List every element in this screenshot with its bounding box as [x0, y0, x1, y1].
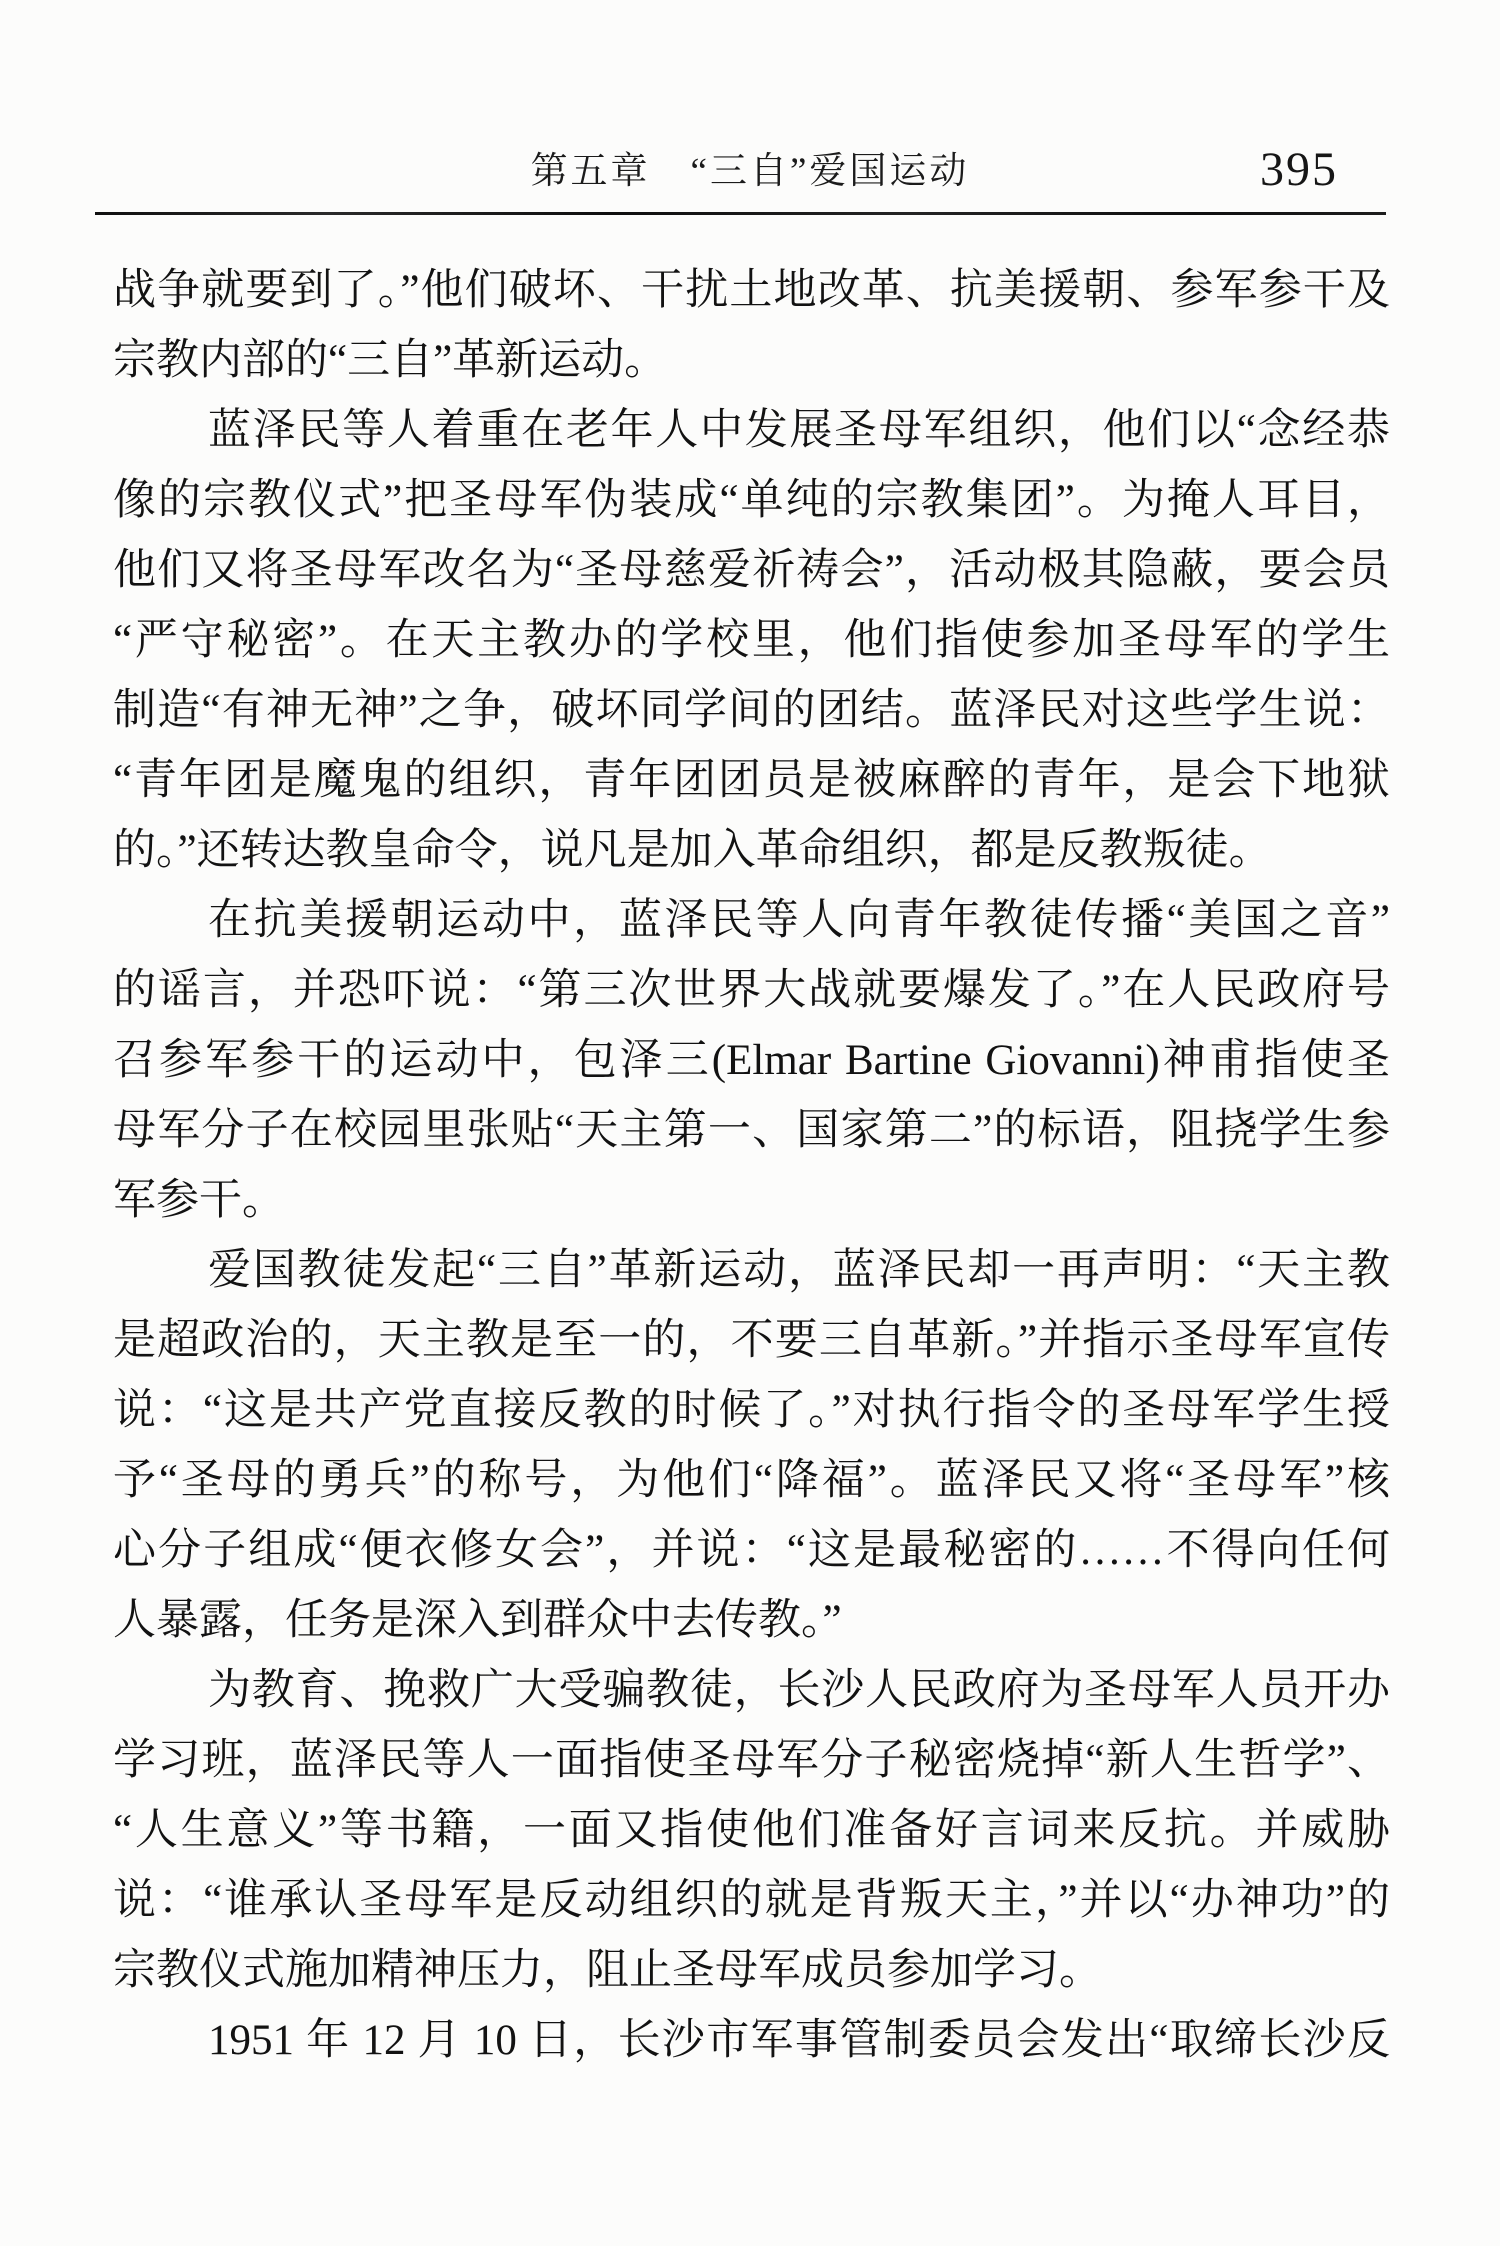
text-line: 召参军参干的运动中，包泽三(Elmar Bartine Giovanni)神甫指…: [113, 1026, 1390, 1096]
text-line: 母军分子在校园里张贴“天主第一、国家第二”的标语，阻挠学生参: [113, 1096, 1390, 1166]
text-line: “严守秘密”。在天主教办的学校里，他们指使参加圣母军的学生: [113, 606, 1390, 676]
text-line: 的。”还转达教皇命令，说凡是加入革命组织，都是反教叛徒。: [113, 816, 1390, 886]
text-line: 他们又将圣母军改名为“圣母慈爱祈祷会”，活动极其隐蔽，要会员: [113, 536, 1390, 606]
text-line: 像的宗教仪式”把圣母军伪装成“单纯的宗教集团”。为掩人耳目，: [113, 466, 1390, 536]
text-line: 说：“谁承认圣母军是反动组织的就是背叛天主，”并以“办神功”的: [113, 1866, 1390, 1936]
header-rule: [95, 212, 1386, 215]
text-line: 宗教内部的“三自”革新运动。: [113, 326, 1390, 396]
text-line: 在抗美援朝运动中，蓝泽民等人向青年教徒传播“美国之音”: [113, 886, 1390, 956]
text-line: 说：“这是共产党直接反教的时候了。”对执行指令的圣母军学生授: [113, 1376, 1390, 1446]
text-line: “人生意义”等书籍，一面又指使他们准备好言词来反抗。并威胁: [113, 1796, 1390, 1866]
text-line: 为教育、挽救广大受骗教徒，长沙人民政府为圣母军人员开办: [113, 1656, 1390, 1726]
text-line: 的谣言，并恐吓说：“第三次世界大战就要爆发了。”在人民政府号: [113, 956, 1390, 1026]
text-line: 蓝泽民等人着重在老年人中发展圣母军组织，他们以“念经恭: [113, 396, 1390, 466]
text-line: 1951 年 12 月 10 日，长沙市军事管制委员会发出“取缔长沙反: [113, 2006, 1390, 2076]
text-line: 爱国教徒发起“三自”革新运动，蓝泽民却一再声明：“天主教: [113, 1236, 1390, 1306]
text-line: 军参干。: [113, 1166, 1390, 1236]
book-page: 第五章 “三自”爱国运动 395 战争就要到了。”他们破坏、干扰土地改革、抗美援…: [0, 0, 1500, 2246]
text-line: “青年团是魔鬼的组织，青年团团员是被麻醉的青年，是会下地狱: [113, 746, 1390, 816]
text-line: 学习班，蓝泽民等人一面指使圣母军分子秘密烧掉“新人生哲学”、: [113, 1726, 1390, 1796]
text-line: 制造“有神无神”之争，破坏同学间的团结。蓝泽民对这些学生说：: [113, 676, 1390, 746]
text-line: 心分子组成“便衣修女会”，并说：“这是最秘密的……不得向任何: [113, 1516, 1390, 1586]
text-line: 予“圣母的勇兵”的称号，为他们“降福”。蓝泽民又将“圣母军”核: [113, 1446, 1390, 1516]
text-line: 宗教仪式施加精神压力，阻止圣母军成员参加学习。: [113, 1936, 1390, 2006]
text-line: 是超政治的，天主教是至一的，不要三自革新。”并指示圣母军宣传: [113, 1306, 1390, 1376]
text-line: 战争就要到了。”他们破坏、干扰土地改革、抗美援朝、参军参干及: [113, 256, 1390, 326]
text-line: 人暴露，任务是深入到群众中去传教。”: [113, 1586, 1390, 1656]
text-block: 战争就要到了。”他们破坏、干扰土地改革、抗美援朝、参军参干及宗教内部的“三自”革…: [113, 256, 1390, 2076]
page-number: 395: [1260, 142, 1338, 198]
